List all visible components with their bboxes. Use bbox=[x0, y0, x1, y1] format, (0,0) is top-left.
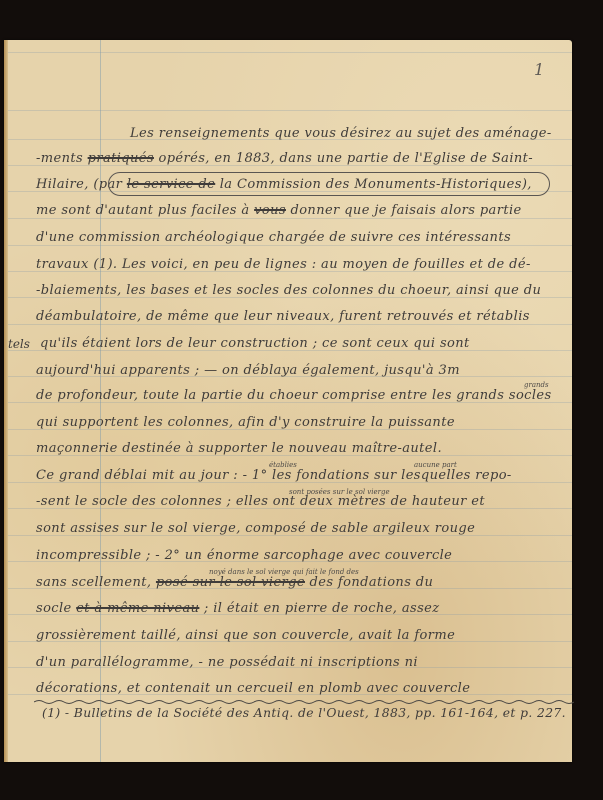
interlinear-insert: grands bbox=[524, 381, 549, 389]
circled-phrase bbox=[108, 172, 550, 196]
page-number: 1 bbox=[534, 60, 544, 79]
text-line: socle et à même niveau ; il était en pie… bbox=[36, 602, 440, 615]
text-line: me sont d'autant plus faciles à vous don… bbox=[36, 204, 522, 217]
text-line: Ce grand déblai mit au jour : - 1° les f… bbox=[36, 469, 512, 482]
ruled-line bbox=[8, 218, 572, 219]
ruled-line bbox=[8, 245, 572, 246]
text-line: Les renseignements que vous désirez au s… bbox=[130, 127, 552, 140]
text-line: aujourd'hui apparents ; — on déblaya éga… bbox=[36, 364, 460, 377]
text-line: de profondeur, toute la partie du choeur… bbox=[36, 389, 552, 402]
text-line: qu'ils étaient lors de leur construction… bbox=[40, 337, 470, 350]
text-line: qui supportent les colonnes, afin d'y co… bbox=[36, 416, 455, 429]
binding-edge bbox=[4, 40, 8, 762]
text-line: travaux (1). Les voici, en peu de lignes… bbox=[36, 258, 531, 271]
text-line: -sent le socle des colonnes ; elles ont … bbox=[36, 495, 485, 508]
margin-note: tels bbox=[8, 337, 30, 351]
ruled-line bbox=[8, 110, 572, 111]
ruled-line bbox=[8, 52, 572, 53]
text-line: décorations, et contenait un cercueil en… bbox=[36, 682, 470, 695]
deleted-word: vous bbox=[254, 203, 286, 218]
text-line: -blaiements, les bases et les socles des… bbox=[36, 284, 541, 297]
text-line: maçonnerie destinée à supporter le nouve… bbox=[36, 442, 442, 455]
footnote: (1) - Bulletins de la Société des Antiq.… bbox=[42, 707, 566, 720]
deleted-word: posé sur le sol vierge bbox=[156, 575, 305, 590]
text-line: d'un parallélogramme, - ne possédait ni … bbox=[36, 656, 418, 669]
text-line: d'une commission archéologique chargée d… bbox=[36, 231, 511, 244]
manuscript-page: 1 Les renseignements que vous désirez au… bbox=[4, 40, 572, 762]
deleted-word: et à même niveau bbox=[76, 601, 199, 616]
deleted-word: pratiqués bbox=[88, 151, 154, 166]
ruled-line bbox=[8, 324, 572, 325]
text-line: -ments pratiqués opérés, en 1883, dans u… bbox=[36, 152, 533, 165]
text-line: sont assises sur le sol vierge, composé … bbox=[36, 522, 475, 535]
text-line: incompressible ; - 2° un énorme sarcopha… bbox=[36, 549, 452, 562]
text-line: sans scellement, posé sur le sol vierge … bbox=[36, 576, 433, 589]
text-line: grossièrement taillé, ainsi que son couv… bbox=[36, 629, 455, 642]
text-line: déambulatoire, de même que leur niveaux,… bbox=[36, 310, 530, 323]
